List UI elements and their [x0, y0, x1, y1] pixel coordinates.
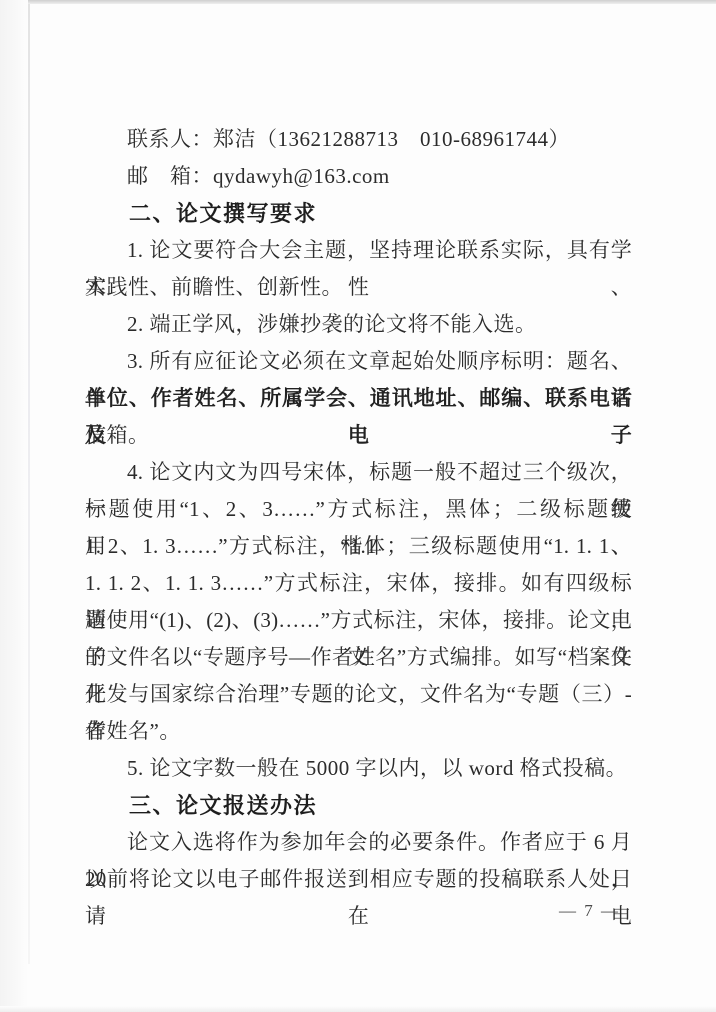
item-4-line-5: 请使用“(1)、(2)、(3)……”方式标注，宋体，接排。论文电子文件 [85, 602, 632, 639]
item-4-line-8: 者姓名”。 [85, 713, 632, 750]
item-4-line-1: 4. 论文内文为四号宋体，标题一般不超过三个级次，一级 [85, 454, 632, 491]
section-3-para-line-2: 以前将论文以电子邮件报送到相应专题的投稿联系人处，请在电 [85, 861, 632, 898]
item-3-line-2: 单位、作者姓名、所属学会、通讯地址、邮编、联系电话及电子 [85, 380, 632, 417]
section-3-para-line-1: 论文入选将作为参加年会的必要条件。作者应于 6 月 20 日 [85, 824, 632, 861]
item-4-line-3: 1. 2、1. 3……”方式标注，楷体；三级标题使用“1. 1. 1、 [85, 528, 632, 565]
item-4-line-4: 1. 1. 2、1. 1. 3……”方式标注，宋体，接排。如有四级标题， [85, 565, 632, 602]
item-4-line-2: 标题使用“1、2、3……”方式标注，黑体；二级标题使用“1.1、 [85, 491, 632, 528]
item-2-line: 2. 端正学风，涉嫌抄袭的论文将不能入选。 [85, 306, 632, 343]
contact-email-line: 邮 箱：qydawyh@163.com [85, 158, 632, 195]
item-1-line-1: 1. 论文要符合大会主题，坚持理论联系实际，具有学术性、 [85, 232, 632, 269]
scan-top-edge [0, 0, 716, 4]
scanned-document-page: 联系人：郑洁（13621288713 010-68961744） 邮 箱：qyd… [0, 0, 716, 1012]
item-4-line-7: 开发与国家综合治理”专题的论文，文件名为“专题（三）-作 [85, 676, 632, 713]
page-number: — 7 — [540, 898, 620, 924]
contact-person-line: 联系人：郑洁（13621288713 010-68961744） [85, 121, 632, 158]
document-body: 联系人：郑洁（13621288713 010-68961744） 邮 箱：qyd… [85, 121, 632, 898]
scan-left-shade [0, 0, 28, 1012]
scan-left-edge-line [28, 4, 30, 964]
item-3-line-1: 3. 所有应征论文必须在文章起始处顺序标明：题名、作者 [85, 343, 632, 380]
item-4-line-6: 的文件名以“专题序号—作者姓名”方式编排。如写“档案文化 [85, 639, 632, 676]
section-2-heading: 二、论文撰写要求 [85, 195, 632, 232]
item-5-line: 5. 论文字数一般在 5000 字以内，以 word 格式投稿。 [85, 750, 632, 787]
section-3-heading: 三、论文报送办法 [85, 787, 632, 824]
scan-bottom-shade [0, 1006, 716, 1012]
